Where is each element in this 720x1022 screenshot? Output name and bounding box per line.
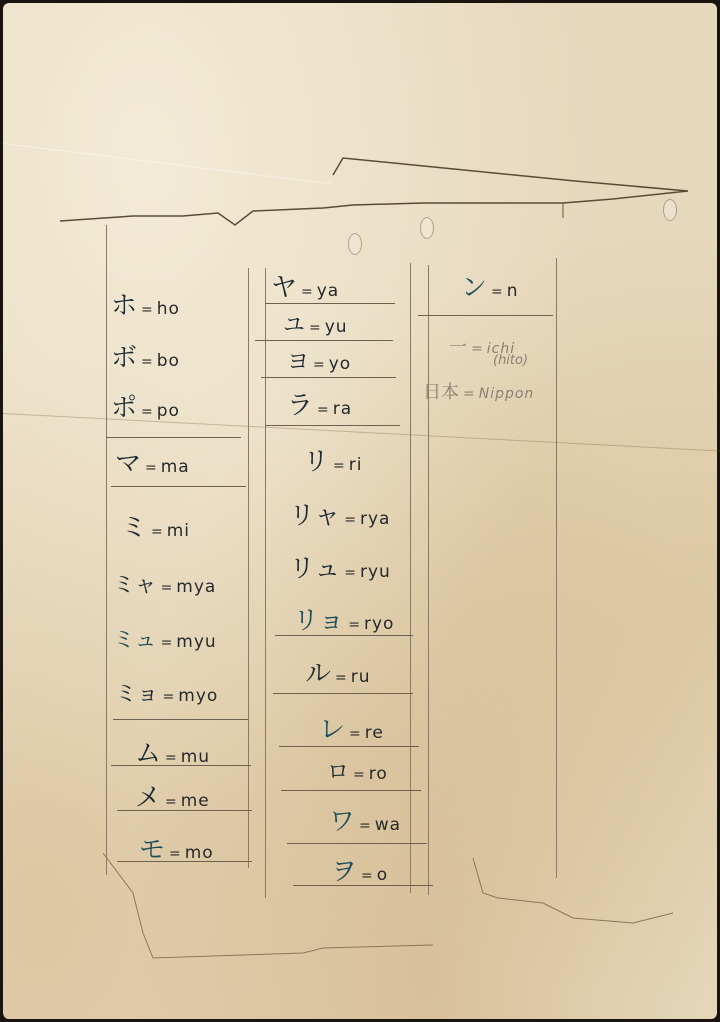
kana-glyph: ボ bbox=[111, 337, 137, 374]
equals-sign: = bbox=[348, 617, 360, 633]
kana-entry: リュ = ryu bbox=[289, 548, 391, 585]
pencil-note: 日本 = Nippon bbox=[423, 378, 534, 404]
kana-glyph: ミ bbox=[121, 507, 147, 544]
row-divider bbox=[418, 315, 553, 316]
equals-sign: = bbox=[309, 320, 321, 336]
kana-glyph: ワ bbox=[329, 801, 355, 838]
equals-sign: = bbox=[301, 284, 313, 300]
romaji-text: ri bbox=[349, 455, 363, 475]
kana-glyph: リョ bbox=[293, 600, 344, 637]
equals-sign: = bbox=[344, 565, 356, 581]
torn-edge bbox=[3, 853, 717, 973]
romaji-text: mu bbox=[181, 747, 210, 767]
romaji-text: wa bbox=[375, 815, 401, 835]
kana-entry: ポ = po bbox=[111, 387, 180, 424]
romaji-text: ryu bbox=[360, 562, 391, 582]
pencil-note-reading: (hito) bbox=[493, 353, 528, 368]
paper-background: ホ = ho ボ = bo ポ = po マ = ma ミ = mi ミャ = … bbox=[3, 3, 717, 1019]
equals-sign: = bbox=[359, 818, 371, 834]
romaji-text: ya bbox=[317, 281, 339, 301]
romaji-text: ho bbox=[157, 299, 180, 319]
romaji-text: ro bbox=[369, 764, 388, 784]
column-rule bbox=[248, 268, 249, 868]
romaji-text: myo bbox=[178, 686, 218, 706]
romaji-text: po bbox=[157, 401, 180, 421]
romaji-text: ma bbox=[161, 457, 190, 477]
kana-glyph: メ bbox=[135, 777, 161, 814]
equals-sign: = bbox=[317, 402, 329, 418]
romaji-text: mi bbox=[167, 521, 190, 541]
equals-sign: = bbox=[141, 404, 153, 420]
kana-glyph: 一 bbox=[449, 333, 467, 359]
row-divider bbox=[261, 377, 396, 378]
equals-sign: = bbox=[165, 794, 177, 810]
equals-sign: = bbox=[163, 689, 175, 705]
punch-hole bbox=[420, 217, 434, 239]
kana-glyph: リャ bbox=[289, 495, 340, 532]
row-divider bbox=[111, 486, 246, 487]
kana-glyph: ム bbox=[135, 733, 161, 770]
kana-glyph: リュ bbox=[289, 548, 340, 585]
kana-entry: ミャ = mya bbox=[113, 568, 216, 599]
equals-sign: = bbox=[161, 635, 173, 651]
kana-glyph: ミャ bbox=[113, 568, 157, 599]
row-divider bbox=[106, 437, 241, 438]
kana-entry: メ = me bbox=[135, 777, 210, 814]
kana-entry: ミョ = myo bbox=[115, 677, 218, 708]
kana-entry: ヨ = yo bbox=[287, 345, 351, 376]
kana-entry: リ = ri bbox=[303, 441, 362, 478]
romaji-text: ryo bbox=[364, 614, 394, 634]
kana-entry: ワ = wa bbox=[329, 801, 401, 838]
kana-entry: ミュ = myu bbox=[113, 623, 217, 654]
kana-glyph: ヨ bbox=[287, 345, 309, 376]
kana-entry: ユ = yu bbox=[283, 308, 348, 339]
row-divider bbox=[279, 746, 419, 747]
kana-entry: リャ = rya bbox=[289, 495, 390, 532]
row-divider bbox=[273, 693, 413, 694]
punch-hole bbox=[663, 199, 677, 221]
equals-sign: = bbox=[333, 458, 345, 474]
kana-entry: ミ = mi bbox=[121, 507, 190, 544]
kana-glyph: ロ bbox=[327, 755, 349, 786]
equals-sign: = bbox=[471, 341, 483, 357]
row-divider bbox=[113, 719, 248, 720]
column-rule bbox=[428, 265, 429, 895]
equals-sign: = bbox=[349, 726, 361, 742]
kana-glyph: ミョ bbox=[115, 677, 159, 708]
romaji-text: mya bbox=[176, 577, 216, 597]
kana-entry: ボ = bo bbox=[111, 337, 180, 374]
equals-sign: = bbox=[161, 580, 173, 596]
row-divider bbox=[281, 790, 421, 791]
kana-entry: ム = mu bbox=[135, 733, 210, 770]
kana-entry: リョ = ryo bbox=[293, 600, 394, 637]
equals-sign: = bbox=[353, 767, 365, 783]
romaji-text: yu bbox=[325, 317, 348, 337]
romaji-text: me bbox=[181, 791, 210, 811]
punch-hole bbox=[348, 233, 362, 255]
romaji-text: ru bbox=[351, 667, 371, 687]
equals-sign: = bbox=[151, 524, 163, 540]
equals-sign: = bbox=[335, 670, 347, 686]
column-rule bbox=[265, 268, 266, 898]
column-rule bbox=[410, 263, 411, 893]
equals-sign: = bbox=[313, 357, 325, 373]
column-rule bbox=[556, 258, 557, 878]
kana-entry: マ = ma bbox=[115, 443, 190, 480]
kana-glyph: ミュ bbox=[113, 623, 157, 654]
kana-entry: ヤ = ya bbox=[271, 267, 339, 304]
equals-sign: = bbox=[491, 284, 503, 300]
kana-glyph: ポ bbox=[111, 387, 137, 424]
torn-edge bbox=[3, 3, 717, 303]
romaji-text: n bbox=[507, 281, 519, 301]
romaji-text: re bbox=[365, 723, 384, 743]
equals-sign: = bbox=[141, 302, 153, 318]
kana-glyph: リ bbox=[303, 441, 329, 478]
kana-glyph: ヤ bbox=[271, 267, 297, 304]
romaji-text: bo bbox=[157, 351, 180, 371]
kana-glyph: ル bbox=[305, 653, 331, 690]
kana-glyph: マ bbox=[115, 443, 141, 480]
equals-sign: = bbox=[165, 750, 177, 766]
kana-glyph: レ bbox=[319, 709, 345, 746]
romaji-text: Nippon bbox=[479, 386, 535, 402]
romaji-text: ra bbox=[333, 399, 352, 419]
row-divider bbox=[255, 340, 393, 341]
equals-sign: = bbox=[463, 386, 475, 402]
row-divider bbox=[287, 843, 427, 844]
romaji-text: yo bbox=[329, 354, 351, 374]
kana-glyph: ラ bbox=[287, 385, 313, 422]
kana-entry: ロ = ro bbox=[327, 755, 388, 786]
equals-sign: = bbox=[145, 460, 157, 476]
kana-entry: レ = re bbox=[319, 709, 384, 746]
romaji-text: myu bbox=[176, 632, 216, 652]
row-divider bbox=[265, 425, 400, 426]
romaji-text: rya bbox=[360, 509, 390, 529]
kana-glyph: ン bbox=[461, 267, 487, 304]
kana-entry: ン = n bbox=[461, 267, 519, 304]
kana-entry: ル = ru bbox=[305, 653, 371, 690]
kana-glyph: ユ bbox=[283, 308, 305, 339]
kana-glyph: 日本 bbox=[423, 378, 459, 404]
column-rule bbox=[106, 225, 107, 875]
kana-glyph: ホ bbox=[111, 285, 137, 322]
equals-sign: = bbox=[344, 512, 356, 528]
kana-entry: ラ = ra bbox=[287, 385, 352, 422]
kana-entry: ホ = ho bbox=[111, 285, 180, 322]
equals-sign: = bbox=[141, 354, 153, 370]
